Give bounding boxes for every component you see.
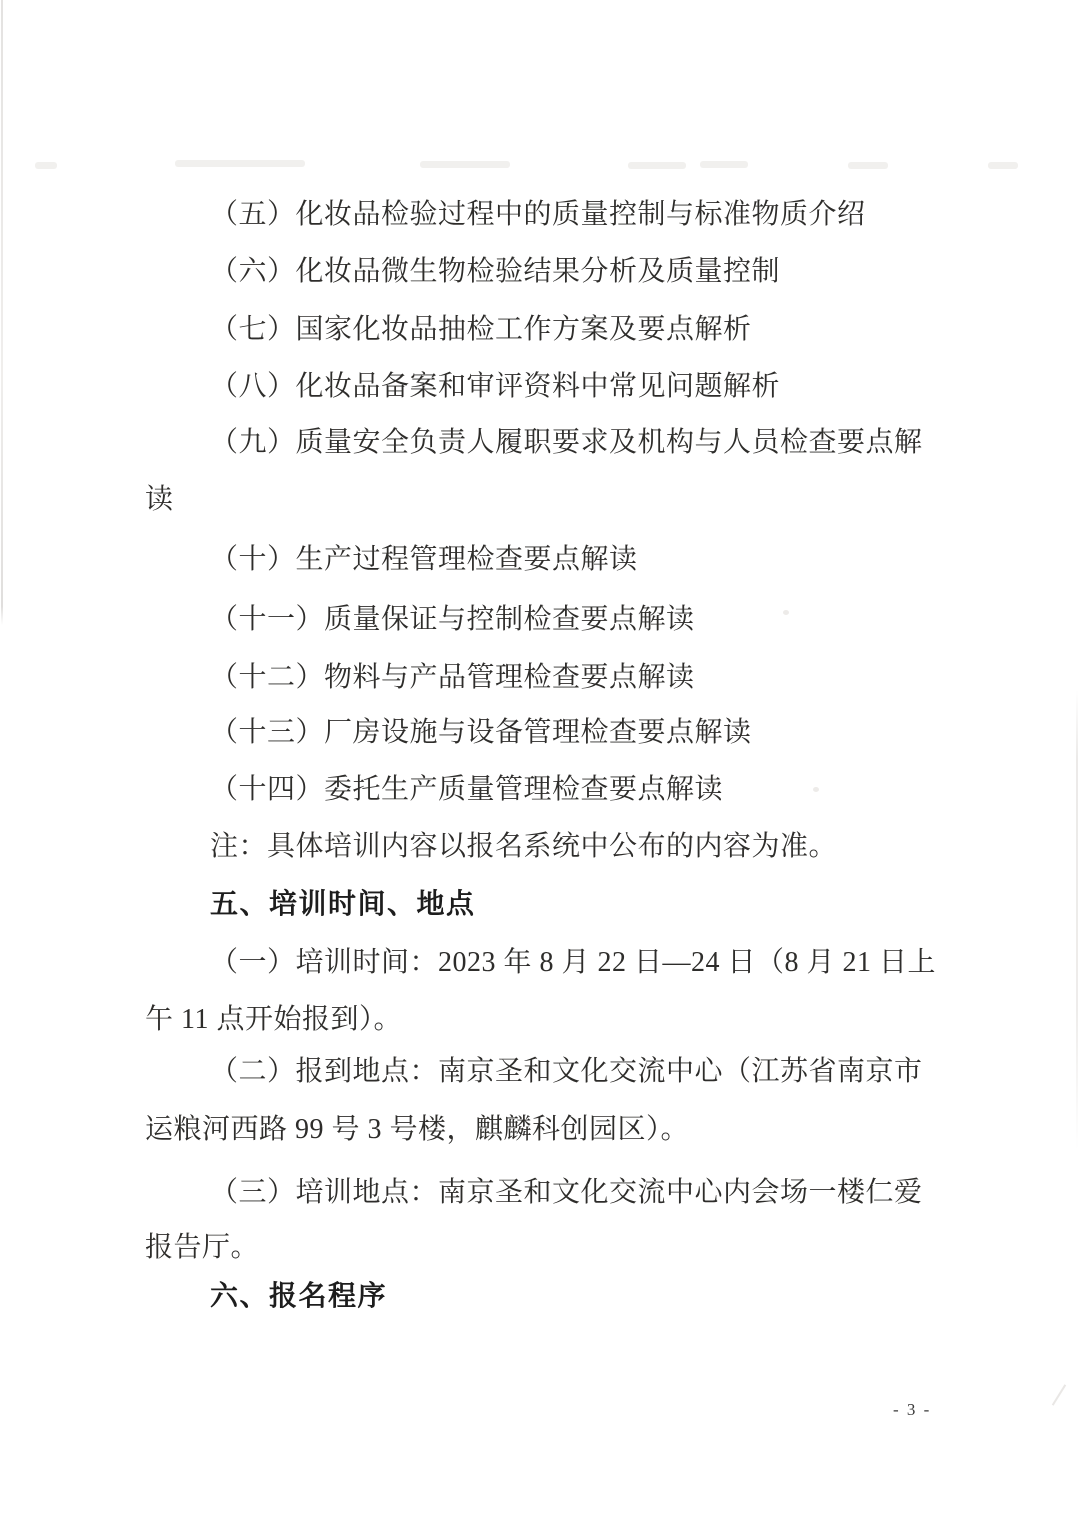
paragraph-time-line-1: （一）培训时间：2023 年 8 月 22 日—24 日（8 月 21 日上: [145, 942, 936, 984]
page-number: - 3 -: [893, 1400, 931, 1420]
paragraph-venue-line-1: （三）培训地点：南京圣和文化交流中心内会场一楼仁爱: [145, 1172, 923, 1214]
list-item-9-continuation: 读: [145, 479, 174, 521]
list-item-7: （七）国家化妆品抽检工作方案及要点解析: [145, 309, 752, 351]
list-item-14: （十四）委托生产质量管理检查要点解读: [145, 769, 723, 811]
paragraph-time-line-2: 午 11 点开始报到）。: [145, 999, 402, 1041]
scan-smudge: [988, 162, 1018, 169]
section-heading-6: 六、报名程序: [145, 1275, 387, 1317]
list-item-10: （十）生产过程管理检查要点解读: [145, 539, 638, 581]
list-item-5: （五）化妆品检验过程中的质量控制与标准物质介绍: [145, 194, 866, 236]
scan-right-edge-artifact: [1076, 690, 1078, 1150]
paragraph-checkin-line-2: 运粮河西路 99 号 3 号楼，麒麟科创园区）。: [145, 1109, 689, 1151]
scan-smudge: [175, 160, 305, 167]
scan-smudge: [35, 162, 57, 169]
scan-scratch: [1052, 1384, 1066, 1405]
scan-speck: [813, 787, 819, 792]
note-line: 注：具体培训内容以报名系统中公布的内容为准。: [145, 826, 837, 868]
section-heading-5: 五、培训时间、地点: [145, 883, 476, 925]
scan-smudge: [700, 161, 748, 168]
list-item-11: （十一）质量保证与控制检查要点解读: [145, 599, 695, 641]
list-item-9: （九）质量安全负责人履职要求及机构与人员检查要点解: [145, 422, 923, 464]
list-item-8: （八）化妆品备案和审评资料中常见问题解析: [145, 366, 780, 408]
scan-smudge: [628, 162, 686, 169]
scan-smudge: [848, 162, 888, 169]
list-item-13: （十三）厂房设施与设备管理检查要点解读: [145, 712, 752, 754]
scan-smudge: [420, 161, 510, 168]
scanned-document-page: （五）化妆品检验过程中的质量控制与标准物质介绍 （六）化妆品微生物检验结果分析及…: [0, 0, 1080, 1527]
scan-speck: [783, 610, 789, 615]
list-item-12: （十二）物料与产品管理检查要点解读: [145, 657, 695, 699]
paragraph-venue-line-2: 报告厅。: [145, 1227, 259, 1269]
paragraph-checkin-line-1: （二）报到地点：南京圣和文化交流中心（江苏省南京市: [145, 1051, 923, 1093]
scan-left-edge-artifact: [1, 0, 3, 625]
list-item-6: （六）化妆品微生物检验结果分析及质量控制: [145, 251, 780, 293]
